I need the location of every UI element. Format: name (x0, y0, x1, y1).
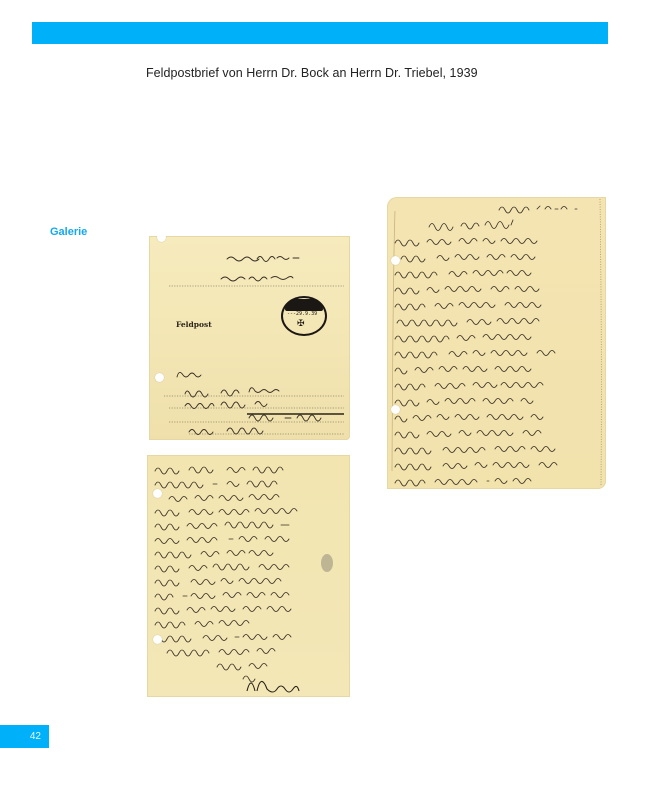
feldpost-printed-label: Feldpost (176, 320, 212, 329)
handwriting-page-2 (147, 455, 350, 697)
punch-hole (391, 256, 400, 265)
eagle-icon: ✠ (297, 319, 305, 328)
punch-hole (153, 489, 162, 498)
section-label-galerie: Galerie (50, 226, 87, 238)
gallery-image-letter-page-2[interactable] (147, 455, 350, 697)
header-accent-bar (32, 22, 608, 44)
punch-hole (391, 405, 400, 414)
gallery-image-letter-page-1[interactable] (387, 197, 606, 489)
postmark-date: ---29.9.39 (287, 311, 317, 317)
punch-hole (153, 635, 162, 644)
page-number: 42 (0, 725, 49, 748)
handwriting-envelope (149, 236, 350, 440)
postmark-stamp: ---29.9.39 ✠ (281, 296, 327, 336)
handwriting-page-1 (387, 197, 606, 489)
gallery-image-envelope[interactable]: Feldpost ---29.9.39 ✠ (149, 236, 350, 440)
image-caption: Feldpostbrief von Herrn Dr. Bock an Herr… (146, 66, 478, 80)
punch-hole (155, 373, 164, 382)
